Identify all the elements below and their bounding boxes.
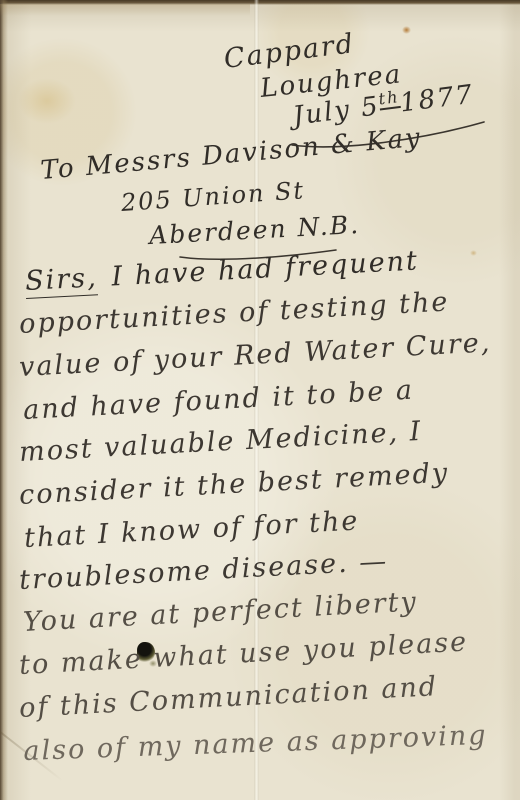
letter-paper: Cappard Loughrea July 5th1877 To Messrs … — [0, 0, 520, 800]
address-line-3: Aberdeen N.B. — [148, 210, 360, 250]
date-ordinal: th — [377, 87, 400, 110]
address-line-2: 205 Union St — [120, 176, 306, 217]
body-line-7: that I know of for the — [23, 505, 360, 554]
body-line-9: You are at perfect liberty — [22, 586, 418, 638]
paper-stain — [402, 26, 411, 34]
body-line-8: troublesome disease. — — [18, 546, 389, 596]
body-line-4: and have found it to be a — [22, 375, 414, 426]
body-line-salutation: Sirs,I have had frequent — [24, 245, 419, 297]
salutation: Sirs, — [24, 262, 98, 299]
address-line-1: To Messrs Davison & Kay — [39, 123, 423, 186]
paper-stain — [470, 250, 477, 256]
paper-left-edge — [0, 0, 8, 800]
paper-stain — [18, 78, 76, 124]
body-line-5: most valuable Medicine, I — [18, 416, 423, 468]
body-line-11: of this Communication and — [18, 671, 438, 724]
top-fold-shadow — [0, 4, 250, 16]
date-year: 1877 — [398, 80, 475, 119]
body-line-6: consider it the best remedy — [18, 458, 449, 511]
body-line-1: I have had frequent — [111, 245, 420, 292]
